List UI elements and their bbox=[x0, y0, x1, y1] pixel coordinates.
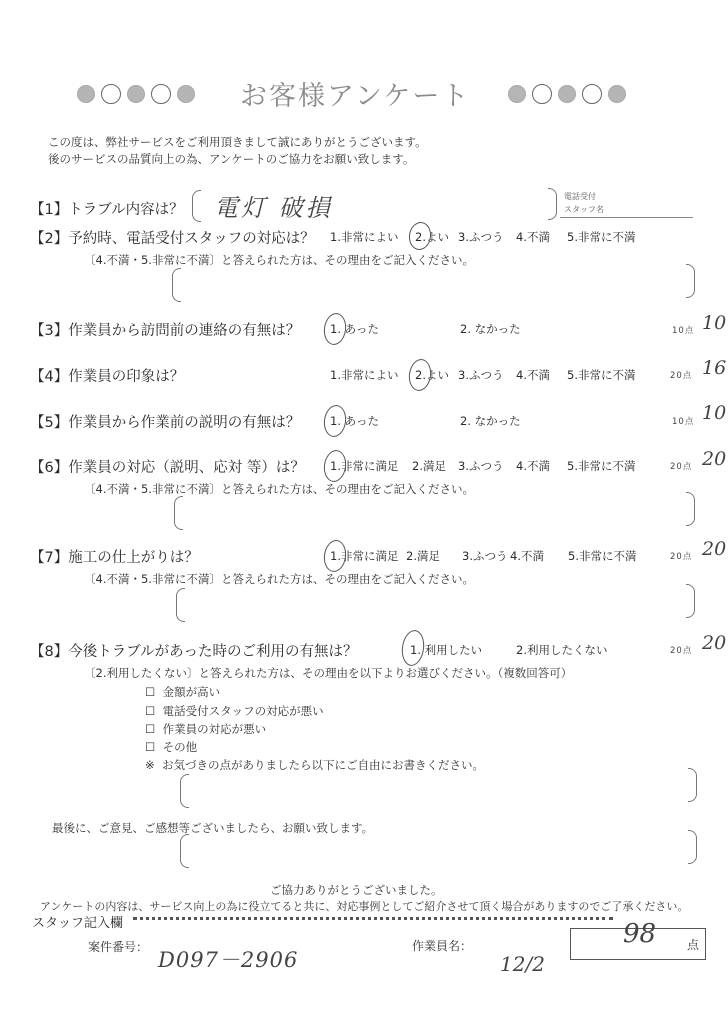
q2-option-3[interactable]: 3.ふつう bbox=[458, 229, 503, 245]
q8-reason-3-label: 作業員の対応が悪い bbox=[163, 722, 267, 736]
q3-selected-circle bbox=[322, 312, 348, 347]
q6-reason-bracket-right bbox=[686, 492, 695, 526]
q3-points-label: 10点 bbox=[672, 324, 694, 336]
q7-option-3[interactable]: 3.ふつう bbox=[462, 548, 507, 564]
q8-note-label: お気づきの点がありましたら以下にご自由にお書きください。 bbox=[162, 758, 484, 772]
checkbox-icon[interactable]: ☐ bbox=[145, 685, 155, 699]
q8-reason-2-label: 電話受付スタッフの対応が悪い bbox=[163, 704, 324, 718]
q7-reason-bracket-left bbox=[176, 588, 185, 622]
q6-option-4[interactable]: 4.不満 bbox=[516, 458, 550, 474]
dot-ring-icon bbox=[101, 84, 121, 104]
dot-ring-icon bbox=[151, 84, 171, 104]
q2-followup: 〔4.不満・5.非常に不満〕と答えられた方は、その理由をご記入ください。 bbox=[84, 252, 474, 268]
thanks-text: ご協力ありがとうございました。 bbox=[270, 882, 443, 898]
q6-option-3[interactable]: 3.ふつう bbox=[458, 458, 503, 474]
q7-score[interactable]: 20 bbox=[702, 538, 726, 560]
q6-option-2[interactable]: 2.満足 bbox=[412, 458, 446, 474]
comment-bracket-left bbox=[180, 834, 189, 868]
q7-reason-bracket-right bbox=[686, 584, 695, 618]
dot-filled-icon bbox=[508, 85, 526, 103]
q2-option-5[interactable]: 5.非常に不満 bbox=[567, 229, 635, 245]
dot-filled-icon bbox=[177, 85, 195, 103]
header-decoration-right bbox=[508, 84, 626, 104]
q1-bracket-left bbox=[192, 190, 201, 222]
checkbox-icon[interactable]: ☐ bbox=[145, 740, 155, 754]
q4-points-label: 20点 bbox=[670, 369, 692, 381]
q4-option-5[interactable]: 5.非常に不満 bbox=[567, 367, 635, 383]
q7-option-5[interactable]: 5.非常に不満 bbox=[568, 548, 636, 564]
q4-option-4[interactable]: 4.不満 bbox=[516, 367, 550, 383]
q1-label: 【1】トラブル内容は？ bbox=[30, 198, 184, 219]
q6-score[interactable]: 20 bbox=[702, 448, 726, 470]
comment-bracket-right bbox=[688, 830, 697, 864]
worker-name-value[interactable]: 12/2 bbox=[500, 952, 545, 976]
dot-filled-icon bbox=[127, 85, 145, 103]
q8-reason-1[interactable]: ☐ 金額が高い bbox=[145, 684, 220, 700]
staff-section-label: スタッフ記入欄 bbox=[32, 912, 123, 931]
dotted-divider bbox=[133, 917, 613, 920]
intro-line-2: 後のサービスの品質向上の為、アンケートのご協力をお願い致します。 bbox=[48, 151, 414, 167]
q6-points-label: 20点 bbox=[670, 460, 692, 472]
dot-ring-icon bbox=[582, 84, 602, 104]
q8-label: 【8】今後トラブルがあった時のご利用の有無は？ bbox=[30, 640, 358, 661]
comment-prompt: 最後に、ご意見、ご感想等ございましたら、お願い致します。 bbox=[52, 820, 373, 836]
page-title: お客様アンケート bbox=[240, 74, 470, 113]
q8-points-label: 20点 bbox=[670, 644, 692, 656]
header-decoration-left bbox=[77, 84, 195, 104]
q2-selected-circle bbox=[407, 221, 433, 252]
q7-followup: 〔4.不満・5.非常に不満〕と答えられた方は、その理由をご記入ください。 bbox=[84, 571, 474, 587]
q5-label: 【5】作業員から作業前の説明の有無は？ bbox=[30, 411, 300, 432]
q1-answer[interactable]: 電灯 破損 bbox=[214, 188, 333, 223]
q7-label: 【7】施工の仕上がりは？ bbox=[30, 546, 199, 567]
case-number-label: 案件番号： bbox=[88, 938, 148, 955]
q8-note-bracket-left bbox=[180, 774, 189, 808]
q8-followup: 〔2.利用したくない〕と答えられた方は、その理由を以下よりお選びください。（複数… bbox=[84, 665, 572, 681]
q7-points-label: 20点 bbox=[670, 550, 692, 562]
total-score-box[interactable]: 98 点 bbox=[570, 928, 706, 960]
q3-label: 【3】作業員から訪問前の連絡の有無は？ bbox=[30, 319, 300, 340]
dot-filled-icon bbox=[608, 85, 626, 103]
q6-label: 【6】作業員の対応（説明、応対 等）は？ bbox=[30, 456, 305, 477]
q4-option-3[interactable]: 3.ふつう bbox=[458, 367, 503, 383]
q2-option-4[interactable]: 4.不満 bbox=[516, 229, 550, 245]
q5-selected-circle bbox=[322, 404, 348, 439]
q6-selected-circle bbox=[322, 449, 348, 484]
case-number-value[interactable]: D097－2906 bbox=[158, 944, 298, 974]
dot-filled-icon bbox=[558, 85, 576, 103]
q7-option-4[interactable]: 4.不満 bbox=[510, 548, 544, 564]
q6-followup: 〔4.不満・5.非常に不満〕と答えられた方は、その理由をご記入ください。 bbox=[84, 481, 474, 497]
q8-reason-1-label: 金額が高い bbox=[163, 685, 221, 699]
q8-selected-circle bbox=[400, 629, 427, 668]
reference-mark-icon: ※ bbox=[145, 758, 155, 772]
q6-reason-bracket-left bbox=[174, 496, 183, 530]
q2-reason-bracket-left bbox=[172, 268, 181, 302]
q5-points-label: 10点 bbox=[672, 415, 694, 427]
q8-reason-4-label: その他 bbox=[163, 740, 198, 754]
phone-staff-label-2: スタッフ名 bbox=[564, 203, 604, 216]
q5-score[interactable]: 10 bbox=[702, 402, 726, 424]
q3-option-2[interactable]: 2. なかった bbox=[460, 321, 521, 337]
total-score-value[interactable]: 98 bbox=[623, 919, 656, 949]
phone-staff-name-field[interactable] bbox=[560, 217, 693, 218]
q8-score[interactable]: 20 bbox=[702, 632, 726, 654]
q8-reason-2[interactable]: ☐ 電話受付スタッフの対応が悪い bbox=[145, 703, 324, 719]
q8-reason-4[interactable]: ☐ その他 bbox=[145, 739, 197, 755]
q2-label: 【2】予約時、電話受付スタッフの対応は？ bbox=[30, 227, 315, 248]
worker-name-label: 作業員名： bbox=[412, 937, 472, 954]
q7-option-2[interactable]: 2.満足 bbox=[406, 548, 440, 564]
phone-staff-label-1: 電話受付 bbox=[564, 190, 596, 203]
q8-option-2[interactable]: 2.利用したくない bbox=[516, 642, 607, 658]
q8-note-bracket-right bbox=[688, 768, 697, 802]
q8-note: ※ お気づきの点がありましたら以下にご自由にお書きください。 bbox=[145, 757, 484, 773]
q4-label: 【4】作業員の印象は？ bbox=[30, 365, 184, 386]
q2-reason-bracket-right bbox=[686, 264, 695, 298]
checkbox-icon[interactable]: ☐ bbox=[145, 704, 155, 718]
q7-selected-circle bbox=[322, 539, 348, 574]
q4-score[interactable]: 16 bbox=[702, 357, 726, 379]
q1-bracket-right bbox=[548, 188, 557, 220]
q3-score[interactable]: 10 bbox=[702, 312, 726, 334]
q2-option-1[interactable]: 1.非常によい bbox=[330, 229, 398, 245]
q5-option-2[interactable]: 2. なかった bbox=[460, 413, 521, 429]
dot-filled-icon bbox=[77, 85, 95, 103]
checkbox-icon[interactable]: ☐ bbox=[145, 722, 155, 736]
q6-option-5[interactable]: 5.非常に不満 bbox=[567, 458, 635, 474]
dot-ring-icon bbox=[532, 84, 552, 104]
score-unit: 点 bbox=[687, 936, 699, 953]
q4-option-1[interactable]: 1.非常によい bbox=[330, 367, 398, 383]
intro-line-1: この度は、弊社サービスをご利用頂きまして誠にありがとうございます。 bbox=[48, 134, 427, 150]
q8-reason-3[interactable]: ☐ 作業員の対応が悪い bbox=[145, 721, 266, 737]
q4-selected-circle bbox=[407, 358, 433, 393]
disclaimer-text: アンケートの内容は、サービス向上の為に役立てると共に、対応事例としてご紹介させて… bbox=[40, 898, 688, 914]
